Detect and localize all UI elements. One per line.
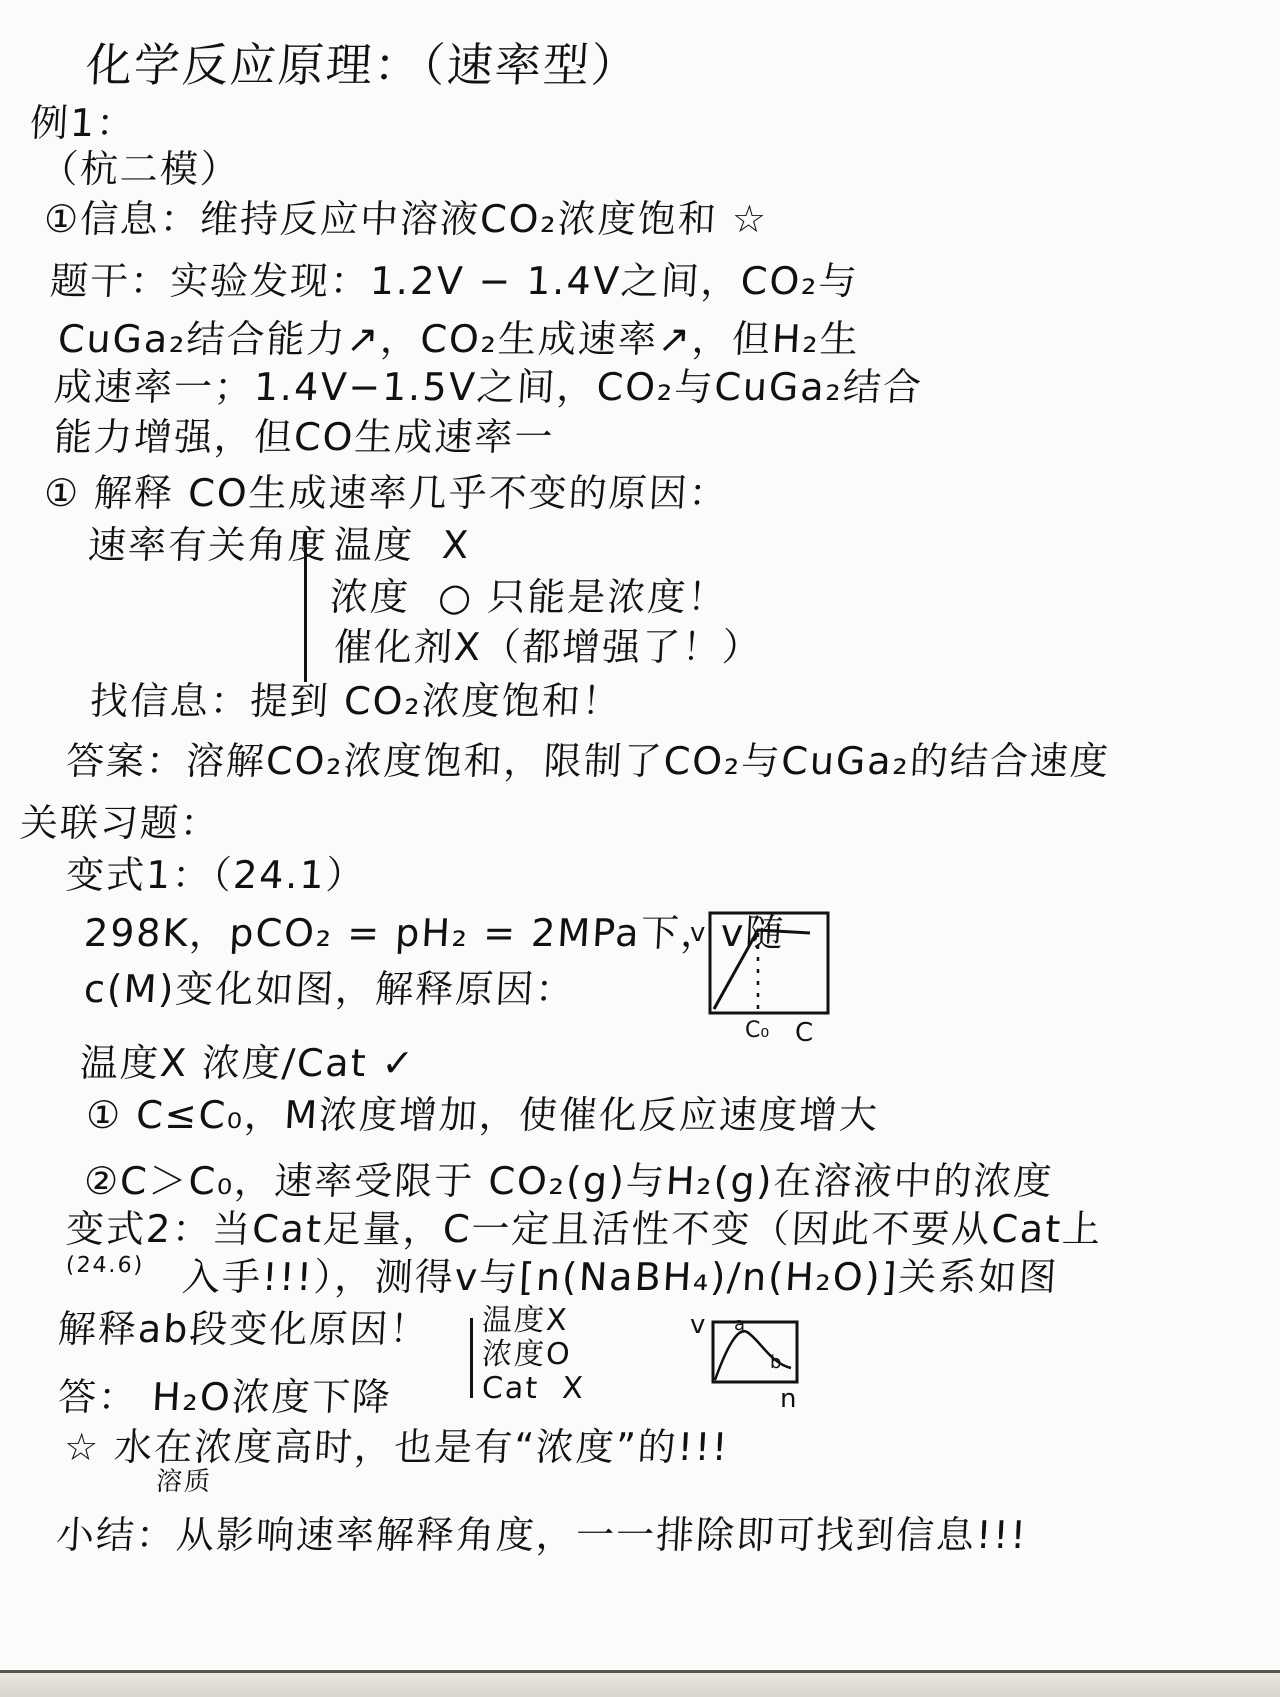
graph1-v-vs-c: [700, 905, 840, 1020]
variant1-point-1: ① C≤C₀，M浓度增加，使催化反应速度增大: [85, 1092, 880, 1138]
brace: [304, 532, 307, 682]
star-note-annotation: 溶质: [155, 1470, 212, 1494]
example-label: 例1：: [29, 100, 138, 146]
variant2-line-2: 入手!!!），测得v与[n(NaBH₄)/n(H₂O)]关系如图: [181, 1254, 1060, 1300]
angle-item-concentration: 浓度 ○ 只能是浓度！: [329, 574, 729, 620]
variant1-line-1: 298K，pCO₂ = pH₂ = 2MPa下，v随: [83, 910, 787, 956]
source-label: （杭二模）: [39, 146, 241, 192]
graph2-point-a: a: [734, 1314, 745, 1335]
graph2-point-b: b: [770, 1352, 781, 1373]
variant2-factor-temperature: 温度X: [481, 1304, 569, 1338]
stem-line-3: 成速率一；1.4V−1.5V之间，CO₂与CuGa₂结合: [53, 364, 924, 410]
related-heading: 关联习题：: [19, 800, 221, 846]
stem-line-2: CuGa₂结合能力↗，CO₂生成速率↗，但H₂生: [57, 316, 861, 362]
angle-label: 速率有关角度: [87, 522, 329, 568]
variant2-factor-cat: Cat X: [481, 1372, 586, 1406]
star-note: ☆ 水在浓度高时，也是有“浓度”的!!!: [63, 1424, 731, 1470]
paper-bottom-edge: [0, 1670, 1280, 1697]
variant1-line-2: c(M)变化如图，解释原因：: [83, 966, 577, 1012]
angle-item-catalyst: 催化剂X（都增强了！）: [333, 624, 763, 670]
variant1-point-2: ②C＞C₀，速率受限于 CO₂(g)与H₂(g)在溶液中的浓度: [83, 1158, 1055, 1204]
graph1-x-label-c: C: [795, 1018, 813, 1048]
variant1-factors: 温度X 浓度/Cat ✓: [79, 1040, 417, 1086]
summary-line: 小结：从影响速率解释角度，一一排除即可找到信息!!!: [55, 1512, 1029, 1558]
graph1-x-label-c0: C₀: [745, 1018, 769, 1043]
stem-line-4: 能力增强，但CO生成速率一: [53, 414, 556, 460]
angle-item-temperature: 温度 X: [333, 522, 472, 568]
handwritten-note-page: 化学反应原理：（速率型） 例1： （杭二模） ①信息：维持反应中溶液CO₂浓度饱…: [0, 0, 1280, 1697]
graph2-x-label: n: [780, 1384, 796, 1414]
stem-line-1: 题干：实验发现：1.2V − 1.4V之间，CO₂与: [49, 258, 860, 304]
variant2-label: 变式2：当Cat足量，C一定且活性不变（因此不要从Cat上: [65, 1206, 1104, 1252]
variant2-line-3: 解释ab段变化原因！: [57, 1306, 431, 1352]
variant2-factor-concentration: 浓度O: [481, 1338, 572, 1372]
question-line: ① 解释 CO生成速率几乎不变的原因：: [43, 470, 730, 516]
info-line: ①信息：维持反应中溶液CO₂浓度饱和 ☆: [43, 196, 769, 242]
variant1-label: 变式1：（24.1）: [65, 852, 367, 898]
find-info-line: 找信息：提到 CO₂浓度饱和！: [89, 678, 623, 724]
note-title: 化学反应原理：（速率型）: [85, 42, 640, 88]
graph2-v-vs-n: [705, 1318, 805, 1388]
variant2-answer: 答： H₂O浓度下降: [57, 1374, 393, 1420]
graph2-y-label: v: [690, 1310, 705, 1340]
answer-line: 答案：溶解CO₂浓度饱和，限制了CO₂与CuGa₂的结合速度: [65, 738, 1111, 784]
brace-2: [470, 1318, 473, 1398]
variant2-year: (24.6): [65, 1254, 144, 1278]
